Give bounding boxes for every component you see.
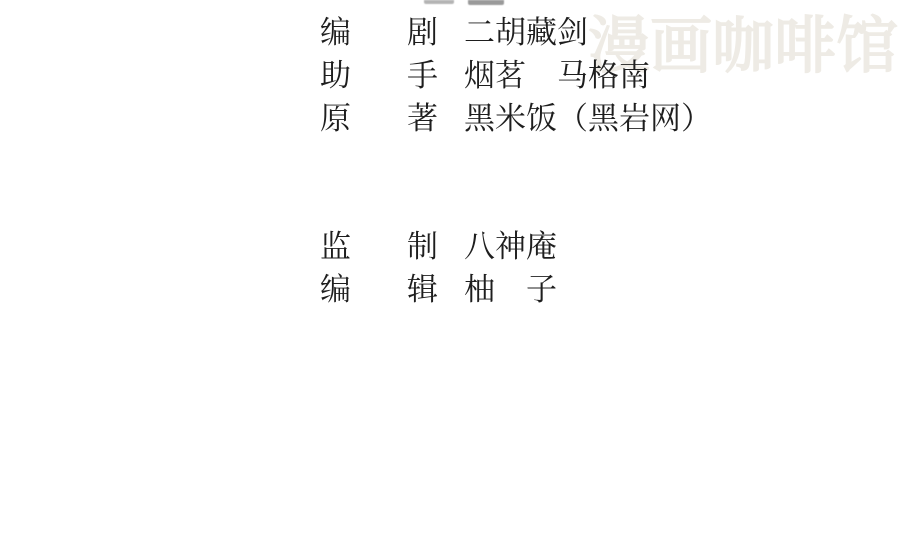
credit-value: 柚 子 [464, 274, 557, 306]
credit-line-screenwriter: 编 剧 二胡藏剑 [0, 17, 900, 51]
credit-role-label: 剧 [407, 17, 438, 49]
credit-role-label: 编 [320, 17, 351, 49]
credit-role-label: 原 [320, 103, 351, 135]
credit-value: 八神庵 [464, 231, 557, 263]
credit-line-editor: 编 辑 柚 子 [0, 274, 900, 308]
credit-role-label: 监 [320, 231, 351, 263]
credit-value: 烟茗 马格南 [464, 60, 650, 92]
cropped-text-fragment [424, 0, 454, 4]
credit-role-label: 著 [407, 103, 438, 135]
credit-line-original-work: 原 著 黑米饭（黑岩网） [0, 103, 900, 137]
credit-role-label: 助 [320, 60, 351, 92]
credit-value: 黑米饭（黑岩网） [464, 103, 712, 135]
cropped-text-fragment [468, 0, 504, 5]
credit-line-supervisor: 监 制 八神庵 [0, 231, 900, 265]
credits-page: 漫画咖啡馆 编 剧 二胡藏剑 助 手 烟茗 马格南 原 著 黑米饭（黑岩网） 监… [0, 0, 900, 534]
credit-role-label: 编 [320, 274, 351, 306]
credit-role-label: 手 [407, 60, 438, 92]
credit-value: 二胡藏剑 [464, 17, 588, 49]
credit-role-label: 辑 [407, 274, 438, 306]
credit-role-label: 制 [407, 231, 438, 263]
credit-line-assistant: 助 手 烟茗 马格南 [0, 60, 900, 94]
